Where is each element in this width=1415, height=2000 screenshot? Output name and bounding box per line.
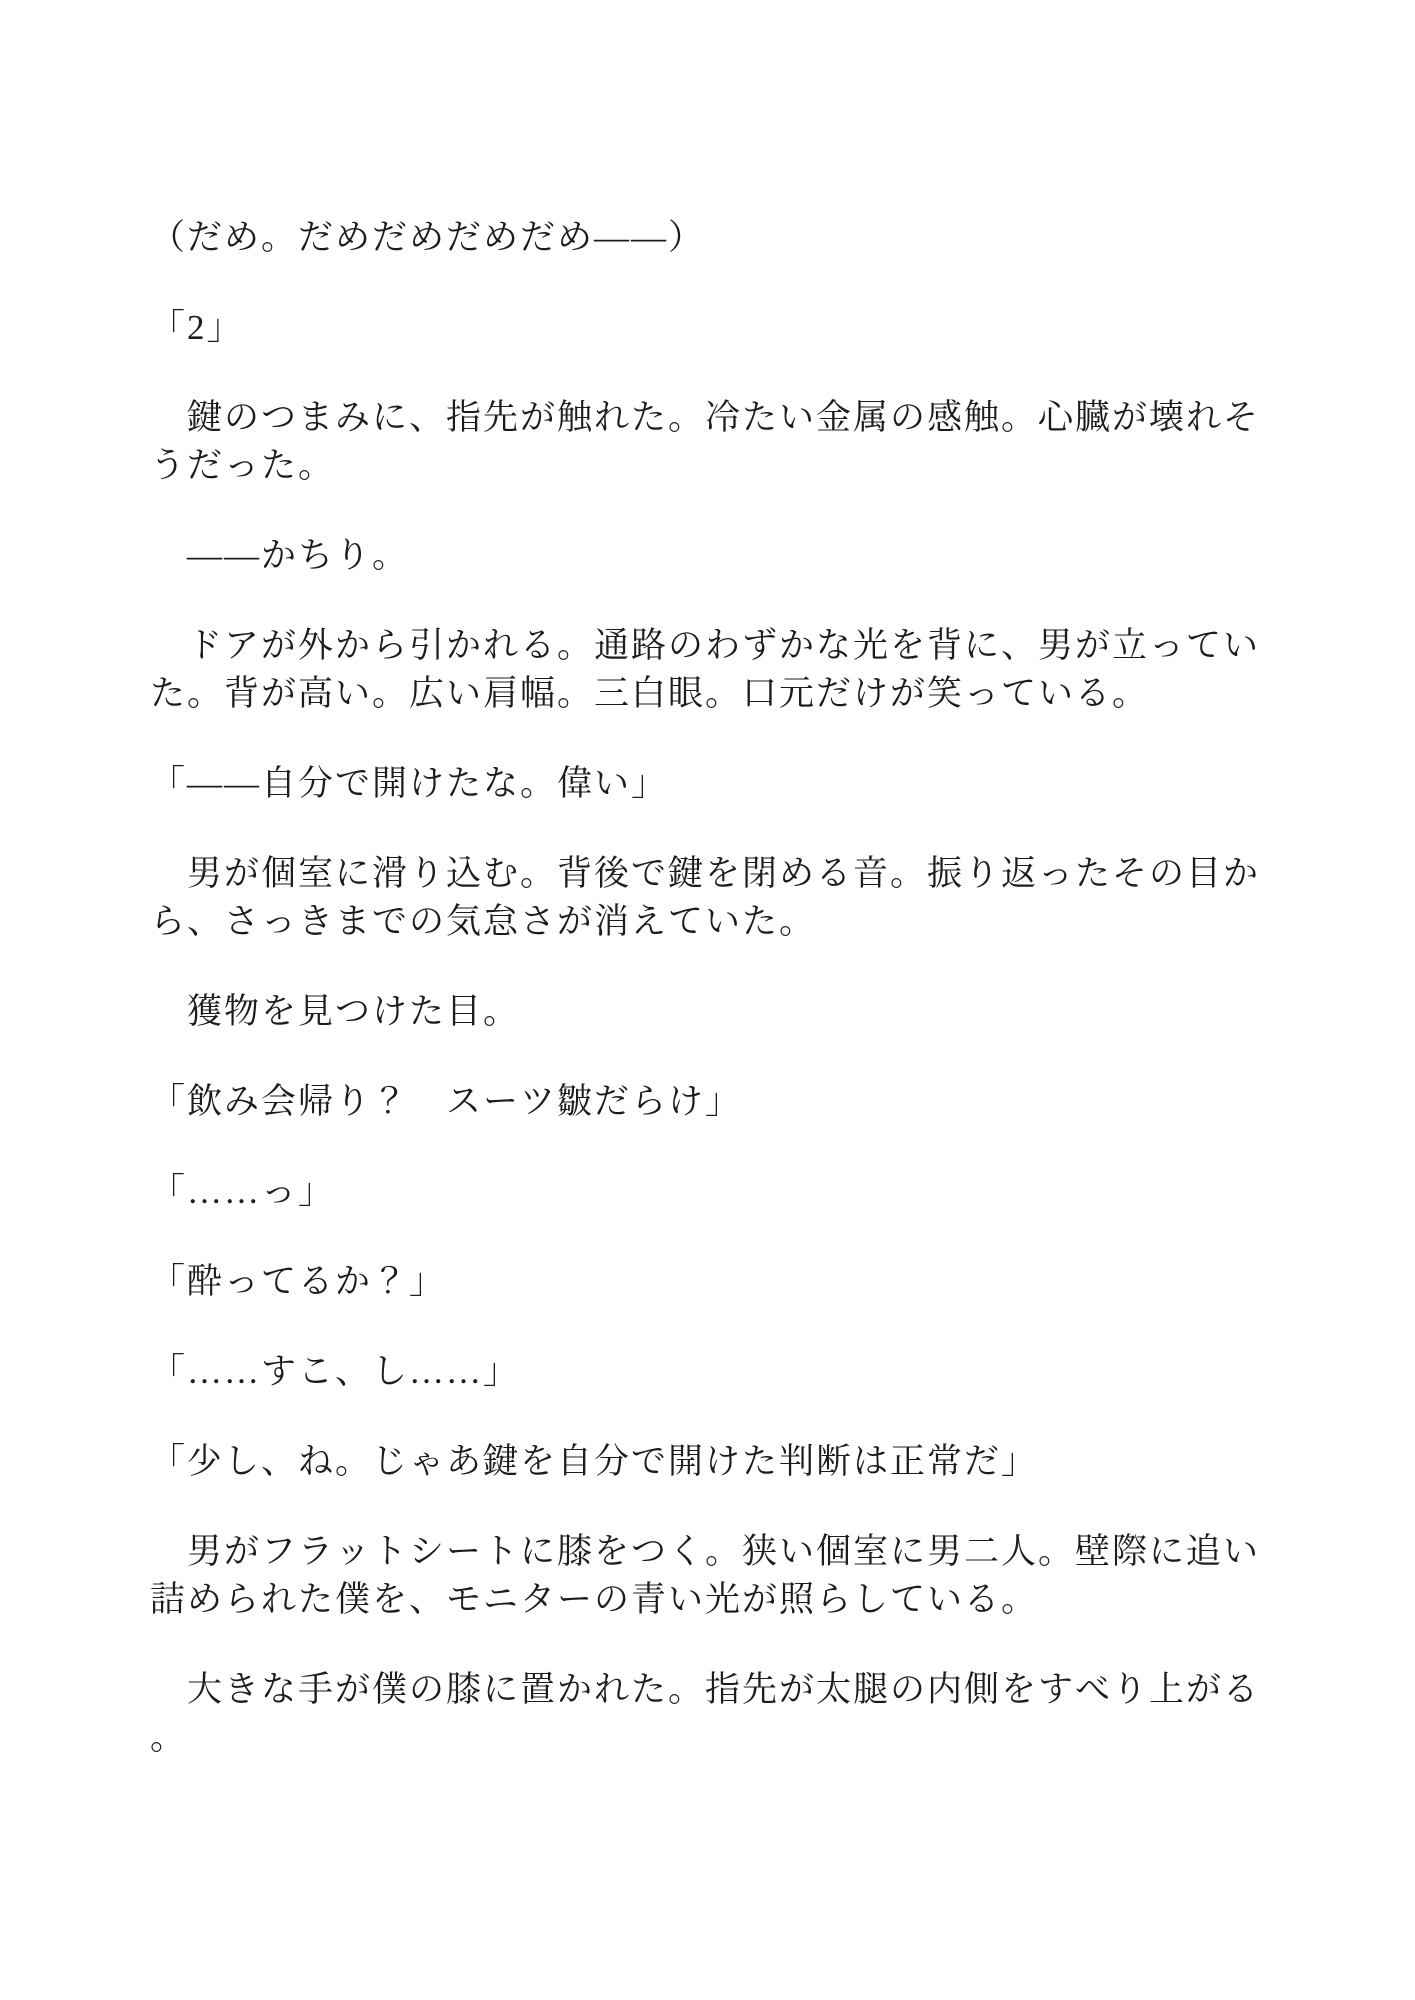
document-page: （だめ。だめだめだめだめ——）「2」 鍵のつまみに、指先が触れた。冷たい金属の感… bbox=[0, 0, 1415, 2000]
paragraph: 鍵のつまみに、指先が触れた。冷たい金属の感触。心臓が壊れそ うだった。 bbox=[150, 394, 1275, 490]
paragraph: 大きな手が僕の膝に置かれた。指先が太腿の内側をすべり上がる 。 bbox=[150, 1666, 1275, 1762]
paragraph: 男が個室に滑り込む。背後で鍵を閉める音。振り返ったその目か ら、さっきまでの気怠… bbox=[150, 850, 1275, 946]
paragraph: 「……すこ、し……」 bbox=[150, 1348, 1275, 1396]
paragraph: （だめ。だめだめだめだめ——） bbox=[150, 214, 1275, 262]
paragraph: ——かちり。 bbox=[150, 532, 1275, 580]
paragraph: ドアが外から引かれる。通路のわずかな光を背に、男が立ってい た。背が高い。広い肩… bbox=[150, 622, 1275, 718]
paragraph: 「少し、ね。じゃあ鍵を自分で開けた判断は正常だ」 bbox=[150, 1438, 1275, 1486]
paragraph: 「酔ってるか？」 bbox=[150, 1258, 1275, 1306]
paragraph: 「2」 bbox=[150, 304, 1275, 352]
paragraph: 「——自分で開けたな。偉い」 bbox=[150, 760, 1275, 808]
paragraph: 「……っ」 bbox=[150, 1168, 1275, 1216]
paragraph: 「飲み会帰り？ スーツ皺だらけ」 bbox=[150, 1078, 1275, 1126]
text-body: （だめ。だめだめだめだめ——）「2」 鍵のつまみに、指先が触れた。冷たい金属の感… bbox=[150, 214, 1275, 1762]
paragraph: 獲物を見つけた目。 bbox=[150, 988, 1275, 1036]
paragraph: 男がフラットシートに膝をつく。狭い個室に男二人。壁際に追い 詰められた僕を、モニ… bbox=[150, 1528, 1275, 1624]
